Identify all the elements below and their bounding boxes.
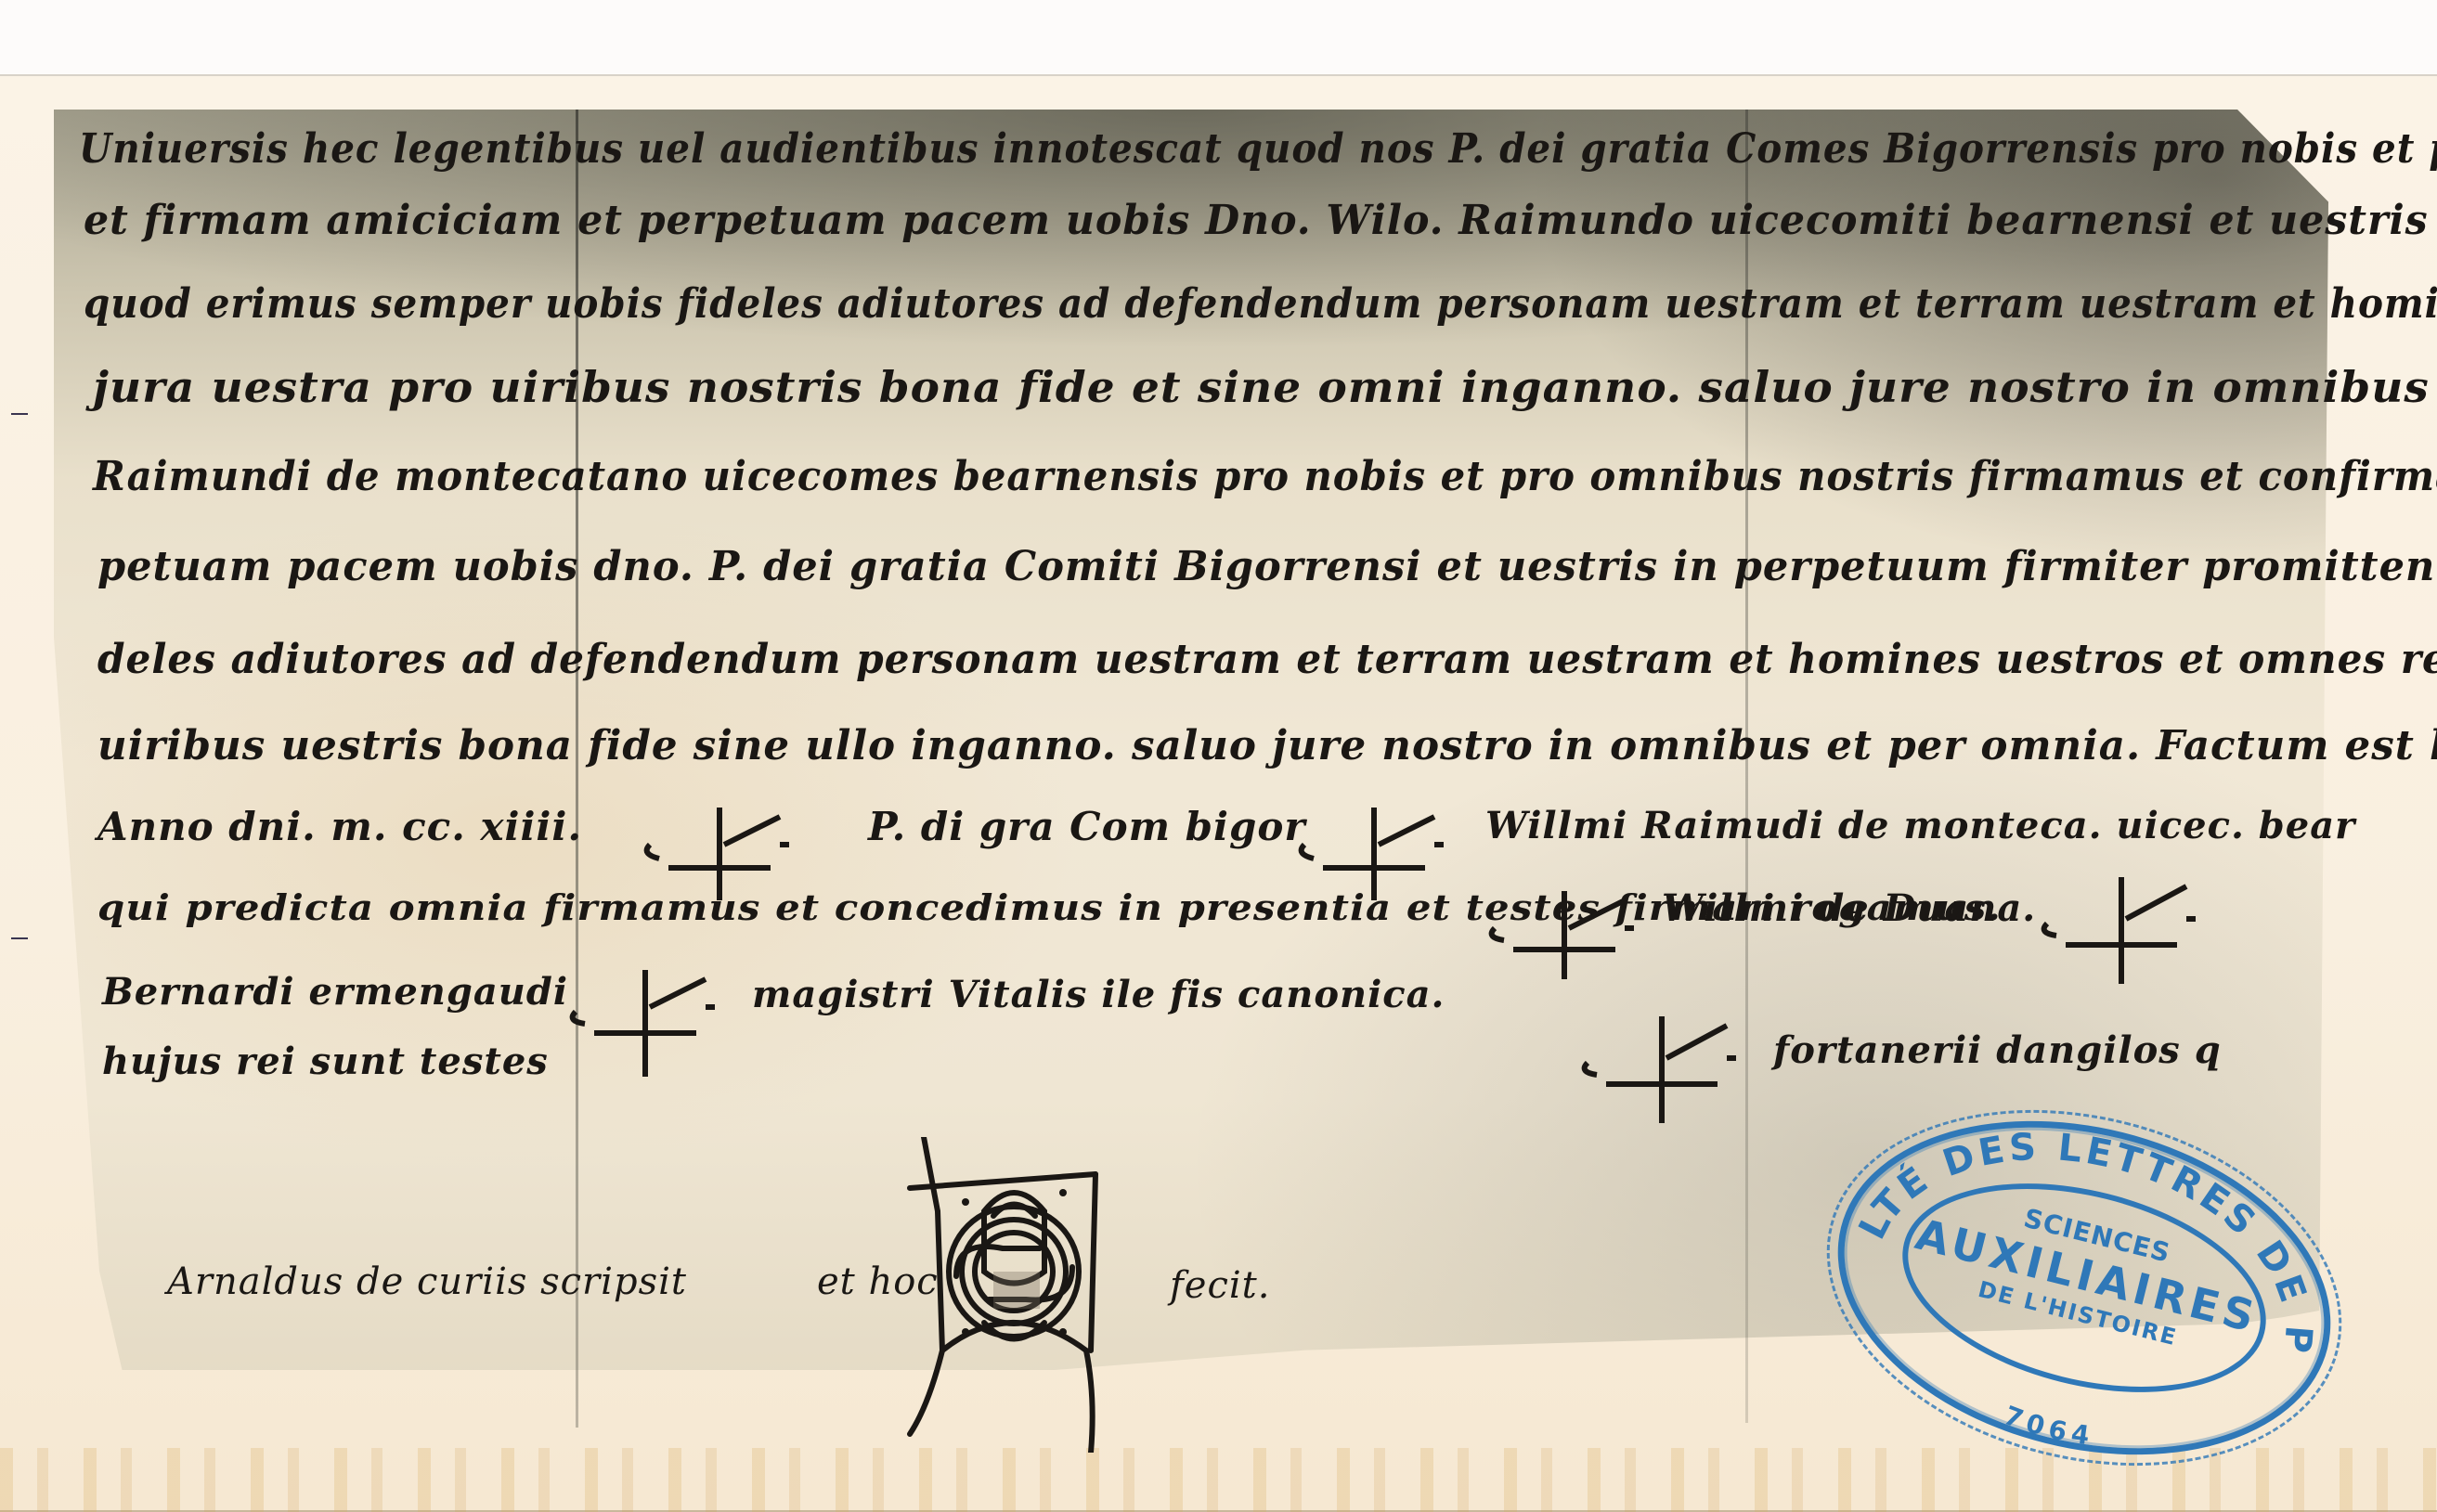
- subscription-viscount-bearn: Willmi Raimudi de monteca. uicec. bear: [1485, 804, 2355, 847]
- scribe-subscription: Arnaldus de curiis scripsit: [167, 1260, 687, 1303]
- signum-cross-mark: [1286, 789, 1471, 910]
- manuscript-line-1: Uniuersis hec legentibus uel audientibus…: [79, 125, 2437, 173]
- manuscript-line-6: petuam pacem uobis dno. P. dei gratia Co…: [97, 543, 2437, 590]
- manuscript-line-4: jura uestra pro uiribus nostris bona fid…: [93, 362, 2437, 412]
- manuscript-line-2: et firmam amiciciam et perpetuam pacem u…: [84, 197, 2437, 244]
- signum-cross-mark: [557, 956, 743, 1086]
- manuscript-line-9: Anno dni. m. cc. xiiii.: [97, 804, 582, 849]
- manuscript-line-7: deles adiutores ad defendendum personam …: [97, 636, 2437, 683]
- signum-cross-mark: [2029, 863, 2233, 993]
- manuscript-line-11: Bernardi ermengaudi: [102, 970, 568, 1014]
- manuscript-line-12: hujus rei sunt testes: [102, 1040, 549, 1083]
- manuscript-line-5: Raimundi de montecatano uicecomes bearne…: [93, 453, 2437, 500]
- signum-cross-mark: [1569, 1002, 1773, 1132]
- subscription-magister-vitalis: magistri Vitalis ile fis canonica.: [752, 973, 1445, 1016]
- signum-cross-mark: [631, 789, 817, 910]
- subscription-duana: Willmi de Duana.: [1662, 886, 2036, 930]
- margin-tick-mark: [11, 413, 28, 415]
- subscription-fortanerius: fortanerii dangilos q: [1773, 1028, 2222, 1072]
- signum-cross-mark: [1476, 877, 1662, 989]
- manuscript-line-8: uiribus uestris bona fide sine ullo inga…: [97, 722, 2437, 769]
- scribe-subscription-fecit: fecit.: [1170, 1264, 1270, 1307]
- notarial-sign-knot-icon: [901, 1137, 1123, 1453]
- margin-tick-mark: [11, 937, 28, 939]
- subscription-count-bigorre: P. di gra Com bigor: [868, 804, 1305, 849]
- manuscript-line-3: quod erimus semper uobis fideles adiutor…: [84, 280, 2437, 328]
